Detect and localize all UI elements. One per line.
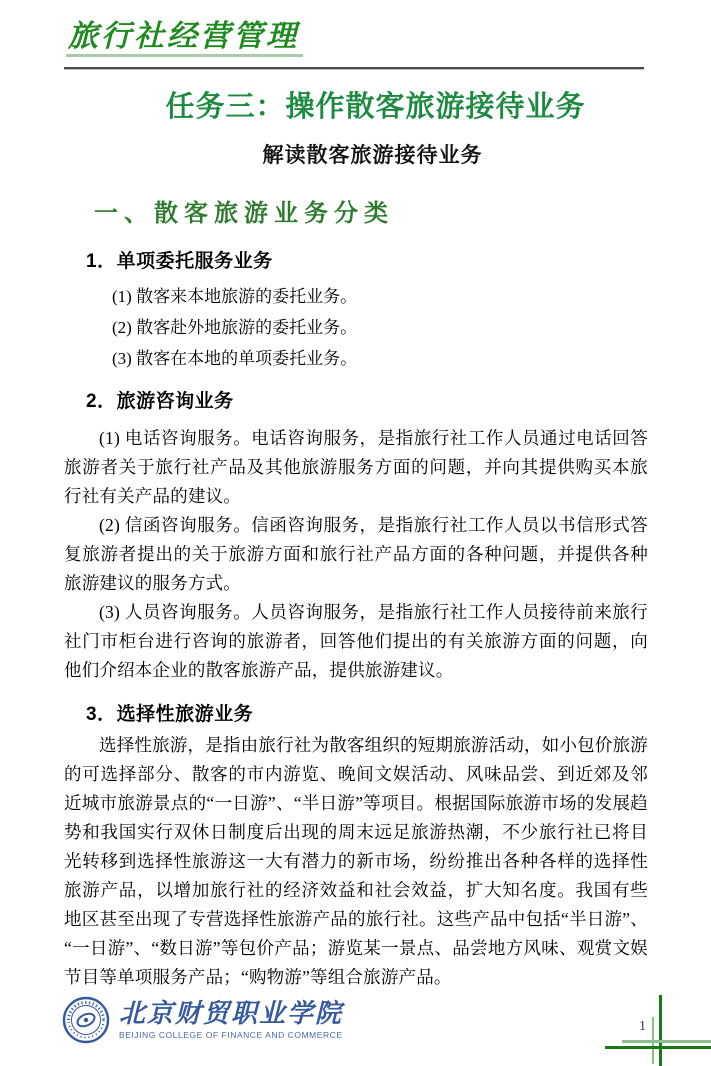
numbered-list: (1) 散客来本地旅游的委托业务。 (2) 散客赴外地旅游的委托业务。 (3) … — [112, 281, 357, 374]
paragraph-block-optional-tours: 选择性旅游，是指由旅行社为散客组织的短期旅游活动，如小包价旅游的可选择部分、散客… — [64, 731, 648, 992]
list-item: (1) 散客来本地旅游的委托业务。 — [112, 281, 357, 312]
college-seal-icon — [62, 996, 110, 1044]
section-heading: 一、散客旅游业务分类 — [94, 193, 394, 228]
page-subtitle: 解读散客旅游接待业务 — [17, 139, 711, 169]
paragraph: (1) 电话咨询服务。电话咨询服务，是指旅行社工作人员通过电话回答旅游者关于旅行… — [64, 424, 648, 511]
corner-line-vertical-dark — [659, 995, 662, 1066]
corner-line-horizontal-dark — [605, 1046, 711, 1049]
page-title: 任务三：操作散客旅游接待业务 — [20, 84, 711, 125]
booklet-title: 旅行社经营管理 — [66, 20, 303, 57]
college-name-block: 北京财贸职业学院 BEIJING COLLEGE OF FINANCE AND … — [119, 1001, 343, 1040]
corner-line-horizontal-light — [622, 1040, 711, 1043]
subsection-heading-3: 3．选择性旅游业务 — [86, 699, 253, 726]
subsection-heading-1: 1．单项委托服务业务 — [86, 246, 273, 273]
paragraph: 选择性旅游，是指由旅行社为散客组织的短期旅游活动，如小包价旅游的可选择部分、散客… — [64, 731, 648, 992]
subsection-heading-2: 2．旅游咨询业务 — [86, 386, 234, 413]
paragraph: (3) 人员咨询服务。人员咨询服务，是指旅行社工作人员接待前来旅行社门市柜台进行… — [64, 598, 648, 685]
college-name-english: BEIJING COLLEGE OF FINANCE AND COMMERCE — [119, 1030, 343, 1040]
college-name-chinese: 北京财贸职业学院 — [119, 1001, 343, 1027]
college-logo: 北京财贸职业学院 BEIJING COLLEGE OF FINANCE AND … — [62, 996, 343, 1044]
list-item: (3) 散客在本地的单项委托业务。 — [112, 343, 357, 374]
paragraph-block-consulting: (1) 电话咨询服务。电话咨询服务，是指旅行社工作人员通过电话回答旅游者关于旅行… — [64, 424, 648, 685]
page-number: 1 — [639, 1019, 646, 1035]
header-rule — [64, 67, 644, 70]
document-page: 旅行社经营管理 任务三：操作散客旅游接待业务 解读散客旅游接待业务 一、散客旅游… — [0, 0, 711, 1066]
paragraph: (2) 信函咨询服务。信函咨询服务，是指旅行社工作人员以书信形式答复旅游者提出的… — [64, 511, 648, 598]
list-item: (2) 散客赴外地旅游的委托业务。 — [112, 312, 357, 343]
